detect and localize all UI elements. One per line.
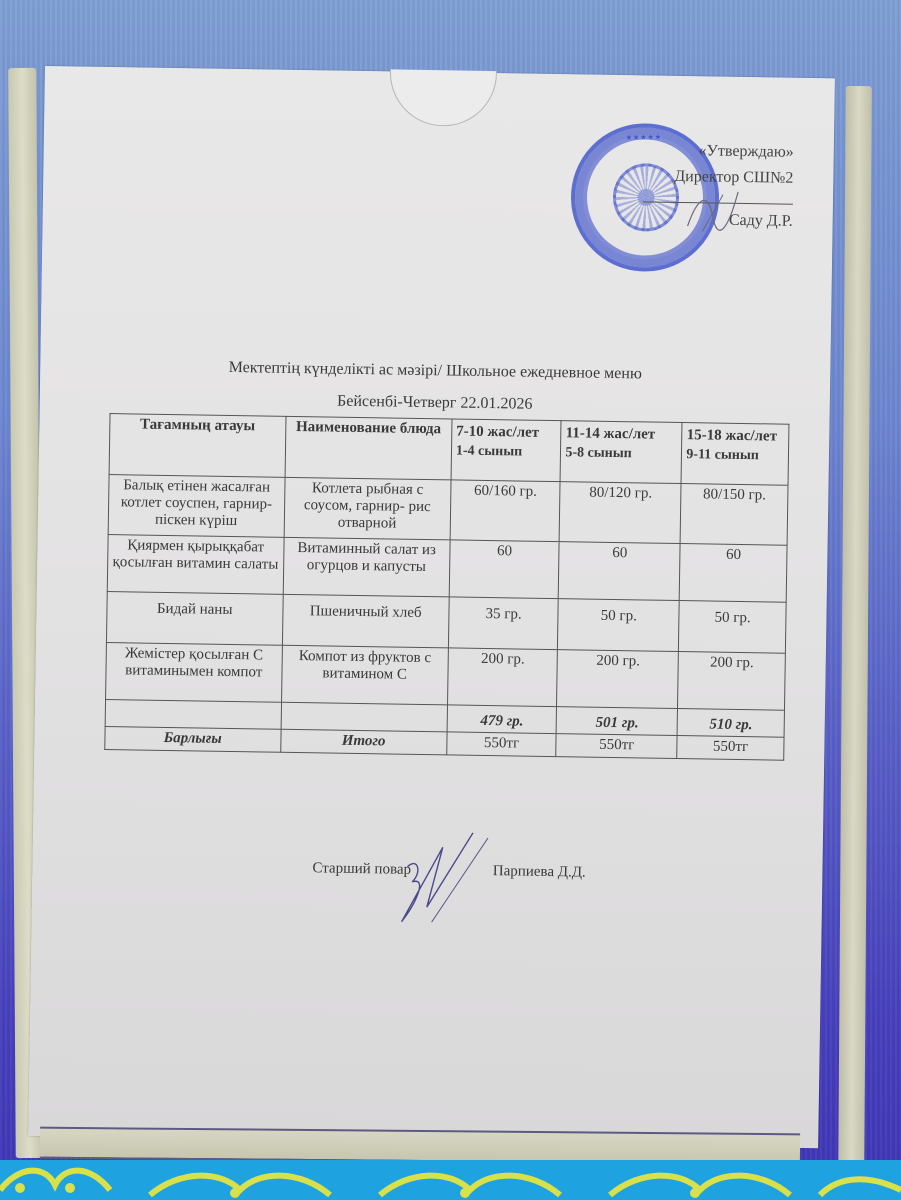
age-range: 11-14 жас/лет [566, 423, 678, 445]
grade-range: 1-4 сынып [456, 442, 557, 464]
approval-heading: «Утверждаю» [584, 136, 794, 165]
price-cell: 550тг [556, 734, 677, 759]
total-weight-cell: 479 гр. [447, 705, 557, 734]
dish-name-ru: Котлета рыбная с соусом, гарнир- рис отв… [284, 477, 451, 540]
menu-table: Тағамның атауы Наименование блюда 7-10 ж… [104, 413, 789, 761]
table-header-row: Тағамның атауы Наименование блюда 7-10 ж… [109, 414, 789, 486]
age-range: 7-10 жас/лет [456, 422, 557, 444]
empty-cell [105, 700, 281, 730]
grade-range: 5-8 сынып [565, 443, 677, 465]
grade-range: 9-11 сынып [686, 445, 784, 467]
portion-cell: 200 гр. [557, 650, 679, 709]
portion-cell: 60 [449, 540, 559, 599]
cook-signature-icon [386, 826, 508, 938]
document-title: Мектептің күнделікті ас мәзірі/ Школьное… [40, 356, 830, 386]
cook-role: Старший повар [312, 860, 411, 878]
empty-cell [281, 702, 448, 732]
header-age-group: 11-14 жас/лет 5-8 сынып [560, 421, 682, 484]
age-range: 15-18 жас/лет [686, 425, 784, 447]
price-cell: 550тг [677, 736, 784, 761]
header-age-group: 15-18 жас/лет 9-11 сынып [681, 423, 789, 486]
director-signature-icon [682, 186, 743, 237]
portion-cell: 60 [680, 544, 788, 603]
portion-cell: 35 гр. [448, 597, 558, 650]
portion-cell: 80/120 гр. [559, 482, 681, 544]
table-row: Қиярмен қырыққабат қосылған витамин сала… [107, 535, 787, 603]
portion-cell: 50 гр. [558, 599, 680, 652]
dish-name-kz: Жемістер қосылған С витаминымен компот [106, 643, 282, 703]
total-weight-cell: 510 гр. [677, 709, 784, 738]
header-age-group: 7-10 жас/лет 1-4 сынып [451, 419, 561, 482]
menu-document: ★★★★★ «Утверждаю» Директор СШ№2 Саду Д.Р… [28, 66, 835, 1148]
portion-cell: 50 гр. [679, 601, 786, 654]
total-label-ru: Итого [280, 729, 447, 755]
signature-footer: Старший повар Парпиева Д.Д. [312, 860, 586, 881]
portion-cell: 60/160 гр. [450, 480, 560, 542]
dish-name-kz: Бидай наны [106, 592, 282, 646]
ornament-pattern-icon [0, 1160, 901, 1200]
portion-cell: 200 гр. [678, 652, 786, 711]
portion-cell: 80/150 гр. [680, 484, 788, 546]
portion-cell: 200 гр. [447, 648, 557, 707]
dish-name-kz: Балық етінен жасалған котлет соуспен, га… [108, 475, 284, 538]
header-name-ru: Наименование блюда [285, 416, 452, 480]
cook-name: Парпиева Д.Д. [493, 863, 586, 880]
table-row: Балық етінен жасалған котлет соуспен, га… [108, 475, 788, 546]
portion-cell: 60 [559, 542, 681, 601]
total-label-kz: Барлығы [105, 727, 281, 753]
pocket-tab-cutout [389, 69, 497, 127]
header-name-kz: Тағамның атауы [109, 414, 285, 478]
total-weight-cell: 501 гр. [556, 707, 677, 736]
dish-name-kz: Қиярмен қырыққабат қосылған витамин сала… [107, 535, 283, 595]
table-row: Жемістер қосылған С витаминымен компот К… [106, 643, 786, 711]
price-cell: 550тг [447, 732, 557, 757]
dish-name-ru: Компот из фруктов с витамином С [281, 645, 448, 705]
ornament-strip [0, 1160, 901, 1200]
dish-name-ru: Витаминный салат из огурцов и капусты [283, 537, 450, 597]
dish-name-ru: Пшеничный хлеб [282, 594, 449, 648]
